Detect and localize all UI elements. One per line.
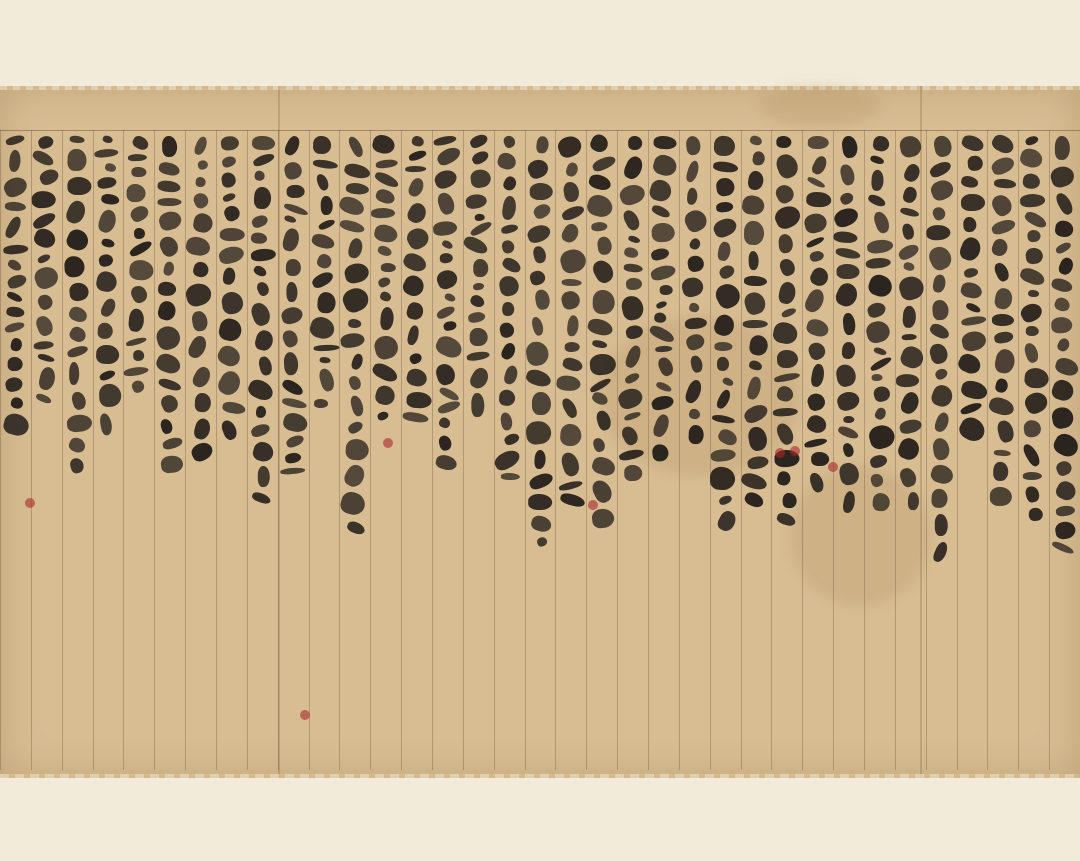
ink-character bbox=[623, 344, 642, 370]
ink-character bbox=[443, 320, 458, 332]
ink-character bbox=[872, 492, 890, 511]
ink-character bbox=[285, 452, 302, 464]
ink-character bbox=[283, 352, 299, 376]
text-column bbox=[1020, 136, 1048, 521]
ink-character bbox=[839, 163, 857, 187]
ink-character bbox=[313, 158, 339, 169]
ink-character bbox=[536, 136, 550, 155]
ink-character bbox=[566, 315, 580, 337]
ink-character bbox=[932, 134, 953, 158]
ink-character bbox=[592, 339, 608, 349]
ink-character bbox=[284, 215, 297, 225]
ink-character bbox=[866, 300, 888, 319]
text-column bbox=[1051, 136, 1079, 552]
ink-character bbox=[592, 436, 607, 453]
ink-character bbox=[933, 411, 952, 434]
ink-character bbox=[832, 205, 861, 230]
ink-character bbox=[134, 227, 146, 239]
ink-character bbox=[530, 183, 554, 200]
ink-character bbox=[222, 204, 242, 224]
ink-character bbox=[258, 466, 270, 487]
ink-character bbox=[559, 450, 582, 478]
ink-character bbox=[591, 154, 617, 174]
ink-character bbox=[834, 281, 862, 310]
ink-character bbox=[252, 264, 268, 278]
ink-character bbox=[338, 490, 367, 518]
ink-character bbox=[190, 365, 213, 391]
text-column bbox=[588, 136, 616, 528]
ink-character bbox=[95, 270, 119, 294]
ink-character bbox=[744, 276, 768, 287]
text-column bbox=[63, 136, 91, 472]
ink-character bbox=[3, 244, 29, 255]
ink-character bbox=[623, 247, 639, 259]
ink-character bbox=[687, 254, 705, 272]
ink-character bbox=[377, 410, 390, 421]
ink-character bbox=[993, 462, 1009, 481]
ink-character bbox=[70, 390, 87, 411]
ink-character bbox=[908, 492, 919, 510]
ink-character bbox=[712, 280, 744, 312]
ink-character bbox=[433, 361, 456, 386]
ink-character bbox=[589, 353, 617, 376]
ink-character bbox=[806, 191, 832, 208]
ink-character bbox=[98, 322, 114, 339]
ink-character bbox=[660, 285, 673, 295]
ink-character bbox=[873, 347, 887, 357]
ink-character bbox=[685, 159, 702, 183]
ink-character bbox=[69, 135, 84, 143]
ink-character bbox=[958, 235, 984, 264]
ink-character bbox=[710, 448, 736, 462]
ink-character bbox=[64, 198, 89, 226]
ink-character bbox=[1053, 190, 1074, 216]
ink-character bbox=[317, 367, 336, 393]
ink-character bbox=[159, 418, 174, 436]
ink-character bbox=[525, 157, 550, 181]
ink-character bbox=[525, 222, 552, 245]
ink-character bbox=[311, 232, 337, 251]
ink-character bbox=[866, 272, 895, 299]
ink-character bbox=[898, 134, 923, 158]
text-column bbox=[433, 136, 461, 470]
ink-character bbox=[929, 463, 955, 486]
ink-character bbox=[956, 351, 984, 377]
text-column bbox=[958, 136, 986, 440]
ink-character bbox=[748, 251, 759, 271]
ink-character bbox=[683, 378, 704, 405]
ink-character bbox=[1024, 485, 1041, 504]
ink-character bbox=[865, 257, 891, 269]
ink-character bbox=[464, 193, 487, 210]
ink-character bbox=[34, 314, 55, 338]
ink-character bbox=[98, 368, 116, 381]
ink-character bbox=[866, 238, 893, 254]
ink-character bbox=[776, 471, 792, 488]
ink-character bbox=[926, 224, 951, 240]
ink-character bbox=[282, 411, 310, 434]
ink-character bbox=[6, 272, 28, 290]
ink-character bbox=[254, 170, 265, 181]
ink-character bbox=[501, 239, 516, 254]
ink-character bbox=[157, 198, 181, 206]
ink-character bbox=[1026, 326, 1039, 337]
ink-character bbox=[587, 173, 612, 192]
ink-character bbox=[37, 353, 55, 363]
ink-character bbox=[1051, 540, 1075, 556]
ink-character bbox=[192, 212, 214, 234]
ink-character bbox=[590, 257, 617, 286]
ink-character bbox=[129, 283, 150, 305]
ink-character bbox=[682, 207, 710, 235]
ink-character bbox=[316, 252, 334, 270]
ink-character bbox=[777, 136, 792, 148]
ink-character bbox=[1023, 419, 1042, 437]
red-annotation-mark bbox=[790, 446, 800, 456]
ink-character bbox=[373, 223, 399, 244]
ink-character bbox=[1051, 406, 1075, 430]
text-area bbox=[0, 130, 1080, 760]
ink-character bbox=[347, 237, 365, 260]
ink-character bbox=[716, 427, 739, 448]
ink-character bbox=[588, 132, 611, 155]
text-column bbox=[248, 136, 276, 503]
ink-character bbox=[126, 336, 148, 348]
ink-character bbox=[342, 462, 368, 490]
ink-character bbox=[501, 473, 521, 480]
ink-character bbox=[32, 149, 56, 169]
ink-character bbox=[617, 181, 647, 207]
ink-character bbox=[555, 133, 583, 160]
ink-character bbox=[1023, 472, 1042, 480]
ink-character bbox=[808, 265, 832, 289]
ink-character bbox=[656, 355, 675, 377]
ink-character bbox=[748, 334, 770, 357]
red-annotation-mark bbox=[775, 448, 785, 458]
ink-character bbox=[717, 241, 732, 262]
ink-character bbox=[901, 185, 919, 205]
ink-character bbox=[990, 487, 1012, 506]
ink-character bbox=[805, 413, 829, 435]
ink-character bbox=[688, 301, 700, 313]
ink-character bbox=[837, 425, 859, 441]
ink-character bbox=[216, 368, 245, 398]
ink-character bbox=[810, 154, 829, 176]
ink-character bbox=[157, 299, 178, 322]
ink-character bbox=[154, 324, 182, 352]
ink-character bbox=[162, 261, 175, 277]
ink-character bbox=[287, 185, 305, 199]
ink-character bbox=[321, 196, 333, 215]
ink-character bbox=[1028, 508, 1043, 522]
ink-character bbox=[1050, 377, 1077, 403]
ink-character bbox=[1050, 277, 1074, 295]
ink-character bbox=[869, 453, 889, 470]
ink-character bbox=[649, 263, 677, 282]
ink-character bbox=[436, 399, 461, 416]
ink-character bbox=[220, 227, 245, 240]
ink-character bbox=[994, 377, 1009, 393]
ink-character bbox=[408, 148, 428, 162]
ink-character bbox=[1, 174, 29, 200]
ink-character bbox=[772, 203, 804, 233]
ink-character bbox=[281, 377, 305, 397]
ink-character bbox=[1057, 256, 1075, 277]
ink-character bbox=[406, 391, 432, 408]
ink-character bbox=[964, 302, 981, 315]
ink-character bbox=[370, 360, 399, 385]
ink-character bbox=[37, 366, 57, 392]
ink-character bbox=[280, 305, 304, 326]
ink-character bbox=[501, 195, 518, 220]
ink-character bbox=[651, 413, 671, 439]
ink-character bbox=[285, 433, 306, 450]
ink-character bbox=[433, 134, 457, 147]
ink-character bbox=[500, 256, 523, 276]
ink-character bbox=[441, 238, 453, 249]
ink-character bbox=[7, 258, 24, 273]
ink-character bbox=[959, 401, 982, 416]
ink-character bbox=[623, 410, 641, 421]
text-column bbox=[187, 136, 215, 461]
text-column bbox=[372, 136, 400, 419]
ink-character bbox=[1, 411, 31, 438]
ink-character bbox=[317, 291, 336, 313]
ink-character bbox=[1054, 459, 1074, 478]
ink-character bbox=[590, 390, 609, 407]
ink-character bbox=[349, 395, 365, 418]
ink-character bbox=[215, 342, 243, 369]
ink-character bbox=[102, 135, 114, 144]
red-annotation-mark bbox=[828, 462, 838, 472]
ink-character bbox=[1054, 520, 1077, 541]
ink-character bbox=[742, 401, 770, 425]
ink-character bbox=[220, 135, 239, 151]
ink-character bbox=[560, 203, 585, 221]
text-column bbox=[896, 136, 924, 510]
text-column bbox=[927, 136, 955, 563]
ink-character bbox=[777, 280, 798, 305]
top-rule-line bbox=[0, 130, 1080, 131]
ink-character bbox=[376, 158, 399, 169]
ink-character bbox=[157, 180, 181, 193]
ink-character bbox=[37, 167, 60, 188]
ink-character bbox=[558, 246, 588, 275]
ink-character bbox=[473, 259, 488, 277]
ink-character bbox=[839, 190, 856, 206]
ink-character bbox=[843, 416, 854, 423]
ink-character bbox=[256, 406, 267, 419]
red-annotation-mark bbox=[25, 498, 35, 508]
ink-character bbox=[249, 300, 273, 327]
ink-character bbox=[587, 316, 615, 337]
ink-character bbox=[348, 374, 363, 391]
ink-character bbox=[902, 305, 916, 328]
ink-character bbox=[101, 238, 116, 249]
ink-character bbox=[648, 323, 676, 345]
ink-character bbox=[712, 160, 738, 173]
ink-character bbox=[625, 278, 641, 291]
ink-character bbox=[36, 292, 56, 312]
ink-character bbox=[348, 318, 362, 328]
ink-character bbox=[196, 176, 207, 187]
ink-character bbox=[747, 425, 769, 452]
ink-character bbox=[191, 191, 210, 210]
ink-character bbox=[749, 134, 763, 146]
ink-character bbox=[803, 287, 828, 315]
ink-character bbox=[534, 289, 551, 311]
ink-character bbox=[475, 213, 486, 220]
ink-character bbox=[406, 325, 421, 347]
ink-character bbox=[1023, 210, 1048, 231]
ink-character bbox=[472, 282, 484, 290]
ink-character bbox=[623, 263, 643, 273]
ink-character bbox=[314, 398, 328, 407]
ink-character bbox=[350, 353, 365, 372]
ink-character bbox=[346, 182, 370, 195]
ink-character bbox=[558, 479, 583, 491]
ink-character bbox=[596, 236, 612, 255]
ink-character bbox=[528, 470, 555, 492]
ink-character bbox=[127, 154, 146, 162]
ink-character bbox=[104, 162, 116, 173]
ink-character bbox=[624, 465, 642, 482]
ink-character bbox=[932, 299, 949, 320]
ink-character bbox=[717, 493, 732, 505]
ink-character bbox=[343, 162, 371, 180]
ink-character bbox=[219, 418, 239, 442]
ink-character bbox=[370, 133, 396, 156]
ink-character bbox=[492, 447, 522, 473]
ink-character bbox=[184, 235, 211, 258]
ink-character bbox=[651, 204, 671, 220]
ink-character bbox=[158, 160, 181, 177]
ink-character bbox=[592, 290, 614, 314]
ink-character bbox=[1051, 317, 1072, 334]
ink-character bbox=[741, 194, 765, 215]
ink-character bbox=[255, 281, 271, 298]
ink-character bbox=[902, 261, 915, 272]
ink-character bbox=[251, 214, 270, 230]
ink-character bbox=[222, 192, 237, 203]
ink-character bbox=[899, 344, 927, 372]
ink-character bbox=[32, 264, 61, 292]
ink-character bbox=[1022, 172, 1041, 189]
ink-character bbox=[468, 365, 492, 391]
ink-character bbox=[32, 227, 58, 252]
text-column bbox=[125, 136, 153, 392]
ink-character bbox=[314, 344, 340, 351]
ink-character bbox=[534, 450, 547, 469]
ink-character bbox=[836, 389, 863, 412]
ink-character bbox=[899, 417, 924, 435]
ink-character bbox=[1025, 135, 1039, 146]
ink-character bbox=[532, 391, 551, 414]
ink-character bbox=[532, 245, 548, 265]
ink-character bbox=[37, 134, 55, 150]
ink-character bbox=[585, 192, 615, 219]
ink-character bbox=[743, 490, 766, 510]
ink-character bbox=[771, 320, 798, 346]
ink-character bbox=[35, 392, 52, 405]
ink-character bbox=[499, 389, 517, 406]
ink-character bbox=[320, 357, 332, 364]
ink-character bbox=[934, 514, 947, 536]
ink-character bbox=[94, 148, 119, 158]
text-column bbox=[680, 136, 708, 444]
ink-character bbox=[628, 136, 642, 150]
ink-character bbox=[525, 367, 554, 389]
ink-character bbox=[722, 377, 734, 388]
ink-character bbox=[994, 178, 1016, 189]
ink-character bbox=[896, 373, 919, 386]
ink-character bbox=[810, 363, 826, 388]
ink-character bbox=[502, 302, 514, 316]
ink-character bbox=[32, 191, 56, 208]
ink-character bbox=[591, 508, 615, 530]
ink-character bbox=[560, 396, 580, 420]
text-column bbox=[865, 136, 893, 510]
ink-character bbox=[993, 348, 1016, 375]
ink-character bbox=[253, 329, 275, 353]
ink-character bbox=[339, 218, 366, 235]
ink-character bbox=[1055, 136, 1070, 160]
ink-character bbox=[838, 461, 861, 487]
ink-character bbox=[748, 359, 764, 372]
ink-character bbox=[183, 280, 214, 308]
ink-character bbox=[503, 365, 520, 386]
ink-character bbox=[251, 231, 268, 243]
ink-character bbox=[716, 508, 739, 533]
ink-character bbox=[559, 222, 582, 246]
ink-character bbox=[653, 135, 677, 150]
ink-character bbox=[990, 237, 1010, 258]
ink-character bbox=[621, 208, 642, 233]
ink-character bbox=[193, 417, 213, 441]
ink-character bbox=[405, 366, 429, 388]
ink-character bbox=[715, 202, 733, 214]
ink-character bbox=[376, 245, 393, 259]
ink-character bbox=[346, 438, 370, 460]
ink-character bbox=[842, 313, 856, 336]
ink-character bbox=[652, 444, 670, 462]
ink-character bbox=[317, 217, 335, 230]
ink-character bbox=[1055, 337, 1071, 354]
ink-character bbox=[811, 452, 829, 466]
text-column bbox=[526, 136, 554, 546]
ink-character bbox=[99, 383, 122, 407]
ink-character bbox=[34, 340, 55, 350]
ink-character bbox=[470, 149, 490, 167]
ink-character bbox=[5, 290, 22, 303]
ink-character bbox=[374, 384, 397, 407]
ink-character bbox=[10, 337, 23, 352]
ink-character bbox=[595, 409, 613, 432]
ink-character bbox=[3, 214, 23, 239]
ink-character bbox=[532, 201, 553, 221]
ink-character bbox=[992, 314, 1015, 326]
ink-character bbox=[648, 178, 674, 204]
ink-character bbox=[7, 357, 22, 371]
ink-character bbox=[932, 437, 951, 461]
ink-character bbox=[251, 490, 272, 505]
ink-character bbox=[782, 493, 796, 509]
ink-character bbox=[470, 328, 488, 346]
ink-character bbox=[742, 290, 767, 317]
ink-character bbox=[467, 311, 485, 324]
text-column bbox=[279, 136, 307, 475]
ink-character bbox=[960, 133, 985, 154]
